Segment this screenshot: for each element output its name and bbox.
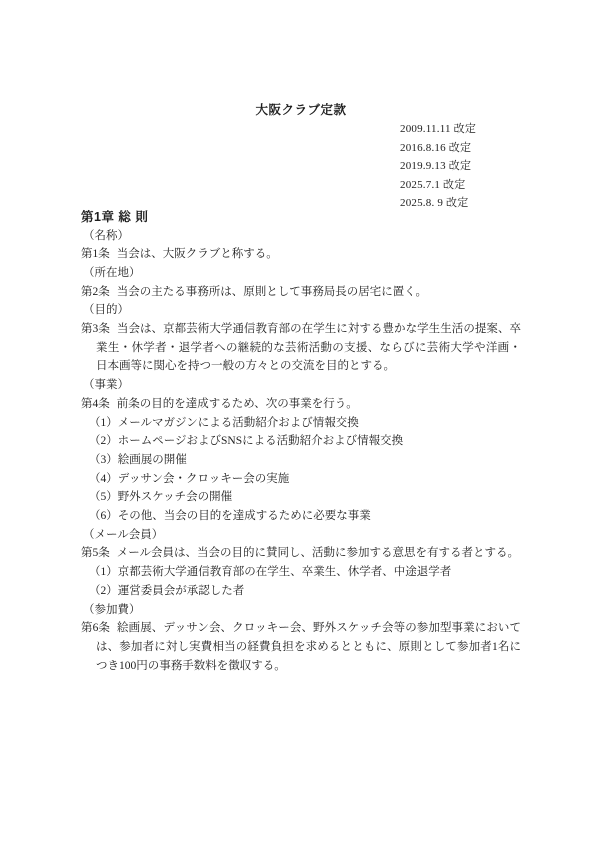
article-4-number: 第4条: [81, 398, 110, 410]
article-4: 第4条前条の目的を達成するため、次の事業を行う。: [81, 395, 521, 414]
article-3-text: 当会は、京都芸術大学通信教育部の在学生に対する豊かな学生生活の提案、卒業生・休学…: [96, 323, 521, 372]
article-5: 第5条メール会員は、当会の目的に賛同し、活動に参加する意思を有する者とする。: [81, 544, 521, 563]
section-heading-name: （名称）: [83, 227, 521, 246]
document-body: 第1章 総 則 （名称） 第1条当会は、大阪クラブと称する。 （所在地） 第2条…: [81, 208, 521, 676]
article-6-number: 第6条: [81, 622, 110, 634]
list-item-member-2: （2）運営委員会が承認した者: [89, 582, 521, 601]
list-item-business-1: （1）メールマガジンによる活動紹介および情報交換: [89, 414, 521, 433]
section-heading-location: （所在地）: [83, 264, 521, 283]
document-page: 大阪クラブ定款 2009.11.11 改定 2016.8.16 改定 2019.…: [0, 0, 600, 849]
section-heading-business: （事業）: [83, 376, 521, 395]
article-3: 第3条当会は、京都芸術大学通信教育部の在学生に対する豊かな学生生活の提案、卒業生…: [81, 320, 521, 376]
article-2-text: 当会の主たる事務所は、原則として事務局長の居宅に置く。: [117, 286, 427, 298]
revision-line: 2019.9.13 改定: [400, 157, 521, 176]
article-1-number: 第1条: [81, 248, 110, 260]
list-item-business-2: （2）ホームページおよびSNSによる活動紹介および情報交換: [89, 432, 521, 451]
section-heading-mail-member: （メール会員）: [83, 526, 521, 545]
list-item-business-3: （3）絵画展の開催: [89, 451, 521, 470]
article-2: 第2条当会の主たる事務所は、原則として事務局長の居宅に置く。: [81, 283, 521, 302]
section-heading-fee: （参加費）: [83, 601, 521, 620]
article-6: 第6条絵画展、デッサン会、クロッキー会、野外スケッチ会等の参加型事業においては、…: [81, 619, 521, 675]
article-6-text: 絵画展、デッサン会、クロッキー会、野外スケッチ会等の参加型事業においては、参加者…: [96, 622, 521, 671]
list-item-business-6: （6）その他、当会の目的を達成するために必要な事業: [89, 507, 521, 526]
list-item-business-5: （5）野外スケッチ会の開催: [89, 488, 521, 507]
list-item-business-4: （4）デッサン会・クロッキー会の実施: [89, 470, 521, 489]
revision-line: 2009.11.11 改定: [400, 120, 521, 139]
article-1-text: 当会は、大阪クラブと称する。: [117, 248, 278, 260]
article-1: 第1条当会は、大阪クラブと称する。: [81, 245, 521, 264]
revision-history: 2009.11.11 改定 2016.8.16 改定 2019.9.13 改定 …: [400, 120, 521, 213]
list-item-member-1: （1）京都芸術大学通信教育部の在学生、卒業生、休学者、中途退学者: [89, 563, 521, 582]
page-title: 大阪クラブ定款: [81, 100, 521, 120]
article-4-text: 前条の目的を達成するため、次の事業を行う。: [117, 398, 358, 410]
article-5-text: メール会員は、当会の目的に賛同し、活動に参加する意思を有する者とする。: [117, 547, 519, 559]
revision-line: 2016.8.16 改定: [400, 139, 521, 158]
article-2-number: 第2条: [81, 286, 110, 298]
revision-line: 2025.7.1 改定: [400, 176, 521, 195]
section-heading-purpose: （目的）: [83, 301, 521, 320]
article-5-number: 第5条: [81, 547, 110, 559]
article-3-number: 第3条: [81, 323, 110, 335]
